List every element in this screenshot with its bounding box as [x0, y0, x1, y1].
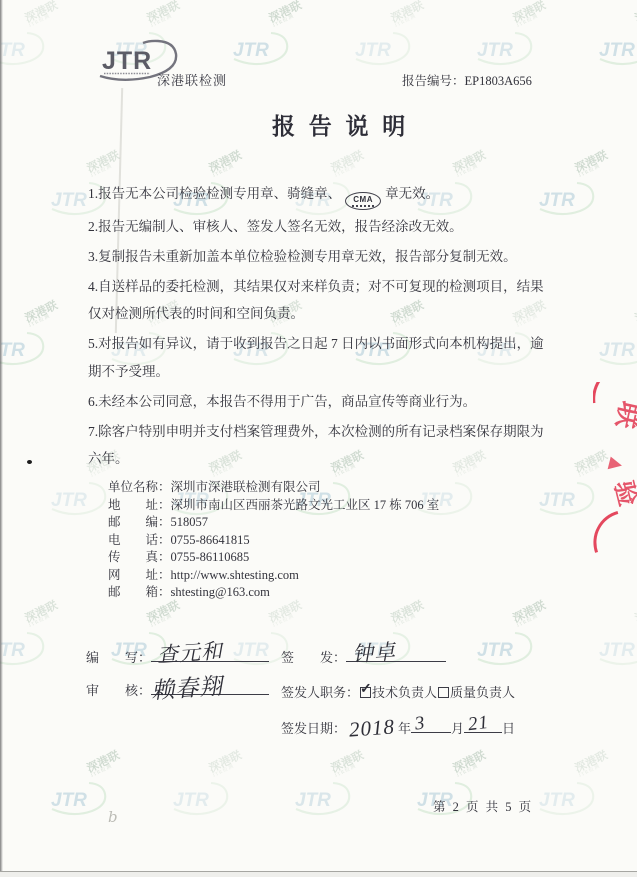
watermark-text: 深港联JTR检测 — [390, 601, 428, 631]
info-label: 单位名称： — [108, 480, 171, 494]
reviewer-label: 审 核： — [86, 683, 151, 698]
watermark-tile: 深港联JTR检测JTR — [410, 758, 522, 830]
watermark-jtr-logo-icon: JTR — [348, 28, 414, 68]
writer-signature-handwriting: 查元和 — [156, 635, 224, 670]
svg-text:JTR: JTR — [477, 40, 513, 61]
seal-triangle-icon — [608, 457, 624, 473]
issuer-label: 签 发： — [281, 650, 346, 665]
issuer-signature-handwriting: 钟卓 — [351, 636, 397, 669]
issuer-title-label: 签发人职务： — [281, 685, 359, 700]
watermark-text: 深港联JTR检测 — [24, 1, 62, 31]
svg-text:JTR: JTR — [173, 790, 209, 811]
checkbox-label: 质量负责人 — [450, 685, 515, 700]
cma-stamp-icon: CMA — [345, 192, 381, 210]
watermark-text: 深港联JTR检测 — [146, 1, 184, 31]
watermark-text: 深港联JTR检测 — [574, 151, 612, 181]
info-row: 网 址：http://www.shtesting.com — [108, 567, 439, 585]
reviewer-signature-handwriting: 赖春翔 — [150, 668, 224, 706]
watermark-text: 深港联JTR检测 — [452, 751, 490, 781]
watermark-text: 深港联JTR检测 — [208, 151, 246, 181]
watermark-text: 深港联JTR检测 — [390, 1, 428, 31]
note-text: 1.报告无本公司检验检测专用章、骑缝章、 — [88, 186, 341, 201]
info-value: 0755-86110685 — [171, 550, 250, 564]
date-year-unit: 年 — [398, 721, 411, 736]
svg-text:JTR: JTR — [599, 340, 635, 361]
note-item: 1.报告无本公司检验检测专用章、骑缝章、CMA章无效。 — [88, 180, 556, 210]
watermark-tile: 深港联JTR检测JTR — [0, 8, 94, 80]
watermark-text: 深港联JTR检测 — [268, 1, 306, 31]
info-value: 深圳市深港联检测有限公司 — [171, 480, 321, 494]
report-number: 报告编号：EP1803A656 — [402, 71, 532, 89]
issuer-signature-line: 钟卓 — [346, 646, 446, 662]
watermark-tile: 深港联JTR检测JTR — [592, 8, 637, 80]
writer-row: 编 写：查元和 — [86, 646, 286, 666]
watermark-jtr-logo-icon: JTR — [288, 778, 354, 818]
date-day-handwriting: 21 — [467, 712, 491, 736]
watermark-tile: 深港联JTR检测JTR — [288, 758, 400, 830]
svg-text:JTR: JTR — [0, 640, 25, 661]
date-month-handwriting: 3 — [414, 712, 427, 735]
info-row: 地 址：深圳市南山区西丽茶光路文光工业区 17 栋 706 室 — [108, 497, 439, 515]
scan-pencil-mark: 𝑏 — [108, 808, 118, 827]
svg-text:JTR: JTR — [355, 40, 391, 61]
svg-text:JTR: JTR — [599, 640, 635, 661]
svg-text:JTR: JTR — [539, 790, 575, 811]
watermark-jtr-logo-icon: JTR — [0, 28, 48, 68]
watermark-text: 深港联JTR检测 — [574, 751, 612, 781]
info-row: 传 真：0755-86110685 — [108, 549, 439, 567]
watermark-tile: 深港联JTR检测JTR — [470, 8, 582, 80]
info-value: shtesting@163.com — [171, 585, 270, 599]
info-label: 邮 编： — [108, 515, 171, 529]
report-number-label: 报告编号： — [402, 74, 465, 88]
watermark-jtr-logo-icon: JTR — [532, 478, 598, 518]
svg-text:JTR: JTR — [539, 490, 575, 511]
page-number: 第 2 页 共 5 页 — [433, 797, 533, 815]
date-month-line: 3 — [411, 717, 451, 733]
scan-dot-artifact — [27, 460, 32, 464]
note-item: 5.对报告如有异议，请于收到报告之日起 7 日内以书面形式向本机构提出，逾期不予… — [88, 330, 556, 385]
watermark-jtr-logo-icon: JTR — [532, 778, 598, 818]
svg-text:JTR: JTR — [51, 790, 87, 811]
info-value: http://www.shtesting.com — [171, 568, 299, 582]
watermark-tile: 深港联JTR检测JTR — [166, 758, 278, 830]
cma-stamp-subtext — [352, 205, 374, 209]
reviewer-row: 审 核：赖春翔 — [86, 679, 286, 699]
watermark-tile: 深港联JTR检测JTR — [44, 758, 156, 830]
watermark-jtr-logo-icon: JTR — [166, 778, 232, 818]
checkbox-icon — [360, 687, 371, 698]
info-row: 单位名称：深圳市深港联检测有限公司 — [108, 479, 439, 497]
note-item: 7.除客户特别申明并支付档案管理费外，本次检测的所有记录档案保存期限为六年。 — [88, 418, 556, 473]
svg-text:JTR: JTR — [51, 190, 87, 211]
issue-date-row: 签发日期：2018年3月21日 — [281, 714, 571, 739]
signoff-left-column: 编 写：查元和 审 核：赖春翔 — [86, 646, 286, 712]
document-page: 深港联JTR检测JTR深港联JTR检测JTR深港联JTR检测JTR深港联JTR检… — [0, 0, 637, 877]
watermark-text: 深港联JTR检测 — [330, 151, 368, 181]
watermark-jtr-logo-icon: JTR — [470, 28, 536, 68]
watermark-jtr-logo-icon: JTR — [0, 628, 48, 668]
note-text: 章无效。 — [385, 186, 439, 201]
watermark-jtr-logo-icon: JTR — [592, 28, 637, 68]
notes-list: 1.报告无本公司检验检测专用章、骑缝章、CMA章无效。 2.报告无编制人、审核人… — [88, 180, 556, 475]
watermark-text: 深港联JTR检测 — [512, 601, 550, 631]
watermark-text: 深港联JTR检测 — [24, 601, 62, 631]
watermark-jtr-logo-icon: JTR — [44, 778, 110, 818]
writer-signature-line: 查元和 — [151, 646, 269, 662]
info-label: 地 址： — [108, 498, 171, 512]
info-label: 邮 箱： — [108, 585, 171, 599]
info-row: 邮 编：518057 — [108, 514, 439, 532]
info-label: 传 真： — [108, 550, 171, 564]
writer-label: 编 写： — [86, 650, 151, 665]
watermark-jtr-logo-icon: JTR — [226, 28, 292, 68]
date-day-line: 21 — [464, 717, 502, 733]
svg-text:JTR: JTR — [0, 340, 25, 361]
watermark-tile: 深港联JTR检测JTR — [0, 308, 94, 380]
date-day-unit: 日 — [502, 721, 515, 736]
info-value: 0755-86641815 — [171, 533, 250, 547]
svg-text:JTR: JTR — [233, 40, 269, 61]
watermark-tile: 深港联JTR检测JTR — [226, 8, 338, 80]
checkbox-icon — [438, 687, 449, 698]
report-number-value: EP1803A656 — [465, 74, 532, 88]
checkbox-quality-lead: 质量负责人 — [437, 685, 515, 700]
info-value: 518057 — [171, 515, 209, 529]
svg-text:JTR: JTR — [599, 40, 635, 61]
info-value: 深圳市南山区西丽茶光路文光工业区 17 栋 706 室 — [171, 498, 440, 512]
watermark-text: 深港联JTR检测 — [512, 1, 550, 31]
seal-character: 验 — [607, 477, 637, 510]
note-item: 6.未经本公司同意，本报告不得用于广告，商品宣传等商业行为。 — [88, 388, 556, 416]
cma-stamp-text: CMA — [346, 195, 380, 204]
watermark-tile: 深港联JTR检测JTR — [348, 8, 460, 80]
watermark-tile: 深港联JTR检测JTR — [0, 608, 94, 680]
note-item: 2.报告无编制人、审核人、签发人签名无效，报告经涂改无效。 — [88, 213, 556, 241]
watermark-jtr-logo-icon: JTR — [0, 328, 48, 368]
info-label: 电 话： — [108, 533, 171, 547]
note-item: 4.自送样品的委托检测，其结果仅对来样负责；对不可复现的检测项目，结果仅对检测所… — [88, 273, 556, 328]
info-label: 网 址： — [108, 568, 171, 582]
svg-text:JTR: JTR — [102, 47, 152, 75]
watermark-text: 深港联JTR检测 — [24, 301, 62, 331]
svg-text:JTR: JTR — [51, 490, 87, 511]
watermark-jtr-logo-icon: JTR — [592, 328, 637, 368]
checkbox-technical-lead: 技术负责人 — [359, 685, 437, 700]
info-row: 邮 箱：shtesting@163.com — [108, 584, 439, 602]
reviewer-signature-line: 赖春翔 — [151, 679, 269, 695]
issue-date-label: 签发日期： — [281, 721, 346, 736]
watermark-jtr-logo-icon: JTR — [592, 628, 637, 668]
watermark-text: 深港联JTR检测 — [330, 751, 368, 781]
svg-text:JTR: JTR — [0, 40, 25, 61]
watermark-text: 深港联JTR检测 — [268, 601, 306, 631]
page-title: 报 告 说 明 — [272, 108, 409, 141]
edge-seal-fragment: 联 验 — [593, 382, 637, 562]
watermark-tile: 深港联JTR检测JTR — [592, 308, 637, 380]
issuer-row: 签 发：钟卓 — [281, 646, 571, 666]
watermark-text: 深港联JTR检测 — [452, 151, 490, 181]
company-info: 单位名称：深圳市深港联检测有限公司 地 址：深圳市南山区西丽茶光路文光工业区 1… — [108, 479, 439, 602]
watermark-tile: 深港联JTR检测JTR — [592, 608, 637, 680]
date-year-handwriting: 2018 — [348, 714, 396, 742]
watermark-jtr-logo-icon: JTR — [44, 478, 110, 518]
watermark-text: 深港联JTR检测 — [86, 751, 124, 781]
scan-bottom-edge — [0, 871, 637, 877]
date-month-unit: 月 — [451, 721, 464, 736]
checkbox-label: 技术负责人 — [372, 685, 437, 700]
issuer-title-row: 签发人职务：技术负责人质量负责人 — [281, 682, 571, 701]
signoff-right-column: 签 发：钟卓 签发人职务：技术负责人质量负责人 签发日期：2018年3月21日 — [281, 646, 571, 752]
watermark-text: 深港联JTR检测 — [208, 751, 246, 781]
watermark-tile: 深港联JTR检测JTR — [532, 758, 637, 830]
note-item: 3.复制报告未重新加盖本单位检验检测专用章无效，报告部分复制无效。 — [88, 243, 556, 271]
scan-left-edge — [0, 0, 3, 877]
watermark-text: 深港联JTR检测 — [146, 601, 184, 631]
svg-text:JTR: JTR — [295, 790, 331, 811]
brand-name: 深港联检测 — [157, 70, 227, 89]
info-row: 电 话：0755-86641815 — [108, 532, 439, 550]
